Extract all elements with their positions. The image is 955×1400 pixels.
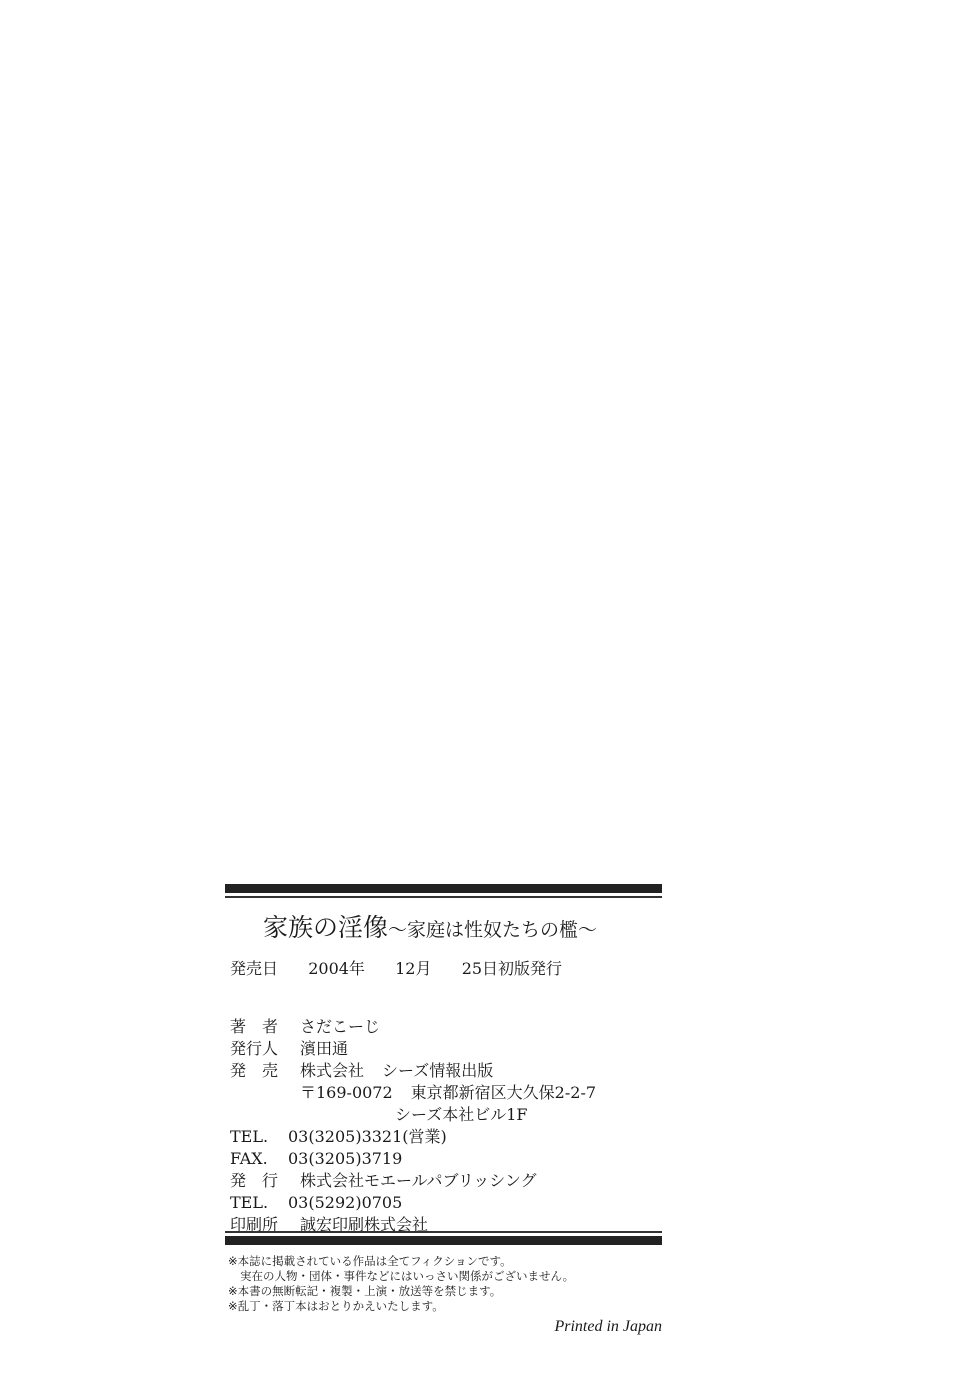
disclaimer-notes: ※本誌に掲載されている作品は全てフィクションです。 実在の人物・団体・事件などに… — [228, 1254, 574, 1314]
company-name: シーズ情報出版 — [382, 1061, 493, 1080]
credit-value: 濱田通 — [300, 1038, 348, 1060]
release-label: 発売日 — [230, 956, 278, 979]
credit-value: 03(3205)3719 — [288, 1148, 402, 1170]
credit-label: TEL. — [230, 1126, 288, 1148]
credit-label: 著 者 — [230, 1016, 300, 1038]
street-address: 東京都新宿区大久保2-2-7 — [411, 1083, 596, 1102]
note-no-relation: 実在の人物・団体・事件などにはいっさい関係がございません。 — [228, 1269, 574, 1284]
title-subtitle: ～家庭は性奴たちの檻～ — [388, 919, 597, 941]
credit-value: 03(3205)3321(営業) — [288, 1126, 447, 1148]
company-type: 株式会社 — [300, 1061, 364, 1080]
credit-label: 発 売 — [230, 1060, 300, 1082]
note-replacement: ※乱丁・落丁本はおとりかえいたします。 — [228, 1299, 574, 1314]
bottom-double-rule — [225, 1231, 662, 1245]
credit-distributor: 発 売 株式会社シーズ情報出版 — [230, 1060, 662, 1082]
release-date: 発売日 2004年 12月 25日初版発行 — [230, 956, 562, 979]
credit-value: 株式会社シーズ情報出版 — [300, 1060, 493, 1082]
note-fiction: ※本誌に掲載されている作品は全てフィクションです。 — [228, 1254, 574, 1269]
credit-value: シーズ本社ビル1F — [230, 1104, 527, 1126]
credit-address: 〒169-0072東京都新宿区大久保2-2-7 — [230, 1082, 662, 1104]
credits-list: 著 者 さだこーじ 発行人 濱田通 発 売 株式会社シーズ情報出版 〒169-0… — [230, 1016, 662, 1236]
top-double-rule — [225, 884, 662, 898]
thin-rule — [225, 896, 662, 898]
thin-rule — [225, 1231, 662, 1233]
thick-rule — [225, 1236, 662, 1245]
book-title: 家族の淫像～家庭は性奴たちの檻～ — [263, 908, 597, 944]
printed-in-japan: Printed in Japan — [554, 1318, 662, 1336]
note-no-reproduction: ※本書の無断転記・複製・上演・放送等を禁じます。 — [228, 1284, 574, 1299]
credit-building: シーズ本社ビル1F — [230, 1104, 662, 1126]
credit-label: TEL. — [230, 1192, 288, 1214]
credit-label: 発 行 — [230, 1170, 300, 1192]
credit-value: さだこーじ — [300, 1016, 380, 1038]
credit-value: 03(5292)0705 — [288, 1192, 402, 1214]
title-main: 家族の淫像 — [263, 913, 388, 942]
credit-tel-sales: TEL. 03(3205)3321(営業) — [230, 1126, 662, 1148]
credit-fax: FAX. 03(3205)3719 — [230, 1148, 662, 1170]
colophon: 家族の淫像～家庭は性奴たちの檻～ 発売日 2004年 12月 25日初版発行 著… — [225, 884, 662, 898]
credit-value: 株式会社モエールパブリッシング — [300, 1170, 537, 1192]
credit-tel-publisher: TEL. 03(5292)0705 — [230, 1192, 662, 1214]
credit-label: FAX. — [230, 1148, 288, 1170]
release-day-edition: 25日初版発行 — [462, 956, 562, 979]
postal-code: 〒169-0072 — [300, 1083, 393, 1102]
release-year: 2004年 — [308, 956, 365, 979]
credit-value: 〒169-0072東京都新宿区大久保2-2-7 — [230, 1082, 596, 1104]
thick-rule — [225, 884, 662, 893]
credit-publisher-person: 発行人 濱田通 — [230, 1038, 662, 1060]
release-month: 12月 — [395, 956, 431, 979]
credit-label: 発行人 — [230, 1038, 300, 1060]
credit-publisher: 発 行 株式会社モエールパブリッシング — [230, 1170, 662, 1192]
credit-author: 著 者 さだこーじ — [230, 1016, 662, 1038]
